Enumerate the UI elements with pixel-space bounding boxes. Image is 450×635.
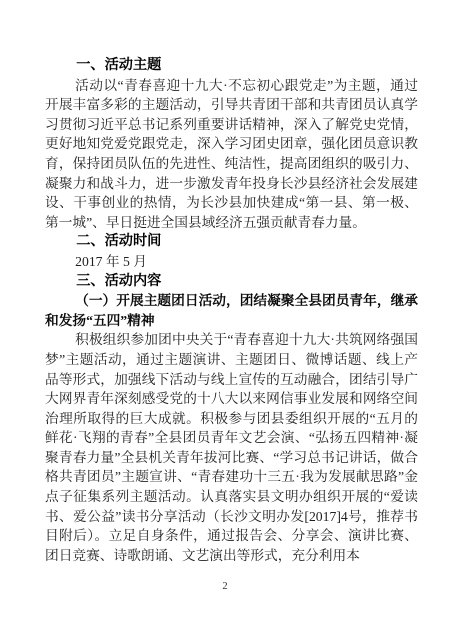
heading-activity-content: 三、活动内容: [45, 272, 418, 292]
document-body: 一、活动主题活动以“青春喜迎十九大·不忘初心跟党走”为主题，通过开展丰富多彩的主…: [45, 56, 418, 565]
heading-activity-theme: 一、活动主题: [45, 56, 418, 76]
heading-activity-time: 二、活动时间: [45, 232, 418, 252]
para-activity-time: 2017 年 5 月: [45, 252, 418, 272]
para-activity-theme: 活动以“青春喜迎十九大·不忘初心跟党走”为主题，通过开展丰富多彩的主题活动，引导…: [45, 76, 418, 233]
page-footer: 2: [0, 581, 450, 592]
document-page: 一、活动主题活动以“青春喜迎十九大·不忘初心跟党走”为主题，通过开展丰富多彩的主…: [0, 0, 450, 635]
page-number: 2: [222, 581, 227, 592]
subheading-theme-league-day: （一）开展主题团日活动，团结凝聚全县团员青年，继承和发扬“五四”精神: [45, 291, 418, 330]
para-theme-league-day: 积极组织参加团中央关于“青春喜迎十九大·共筑网络强国梦”主题活动，通过主题演讲、…: [45, 330, 418, 565]
